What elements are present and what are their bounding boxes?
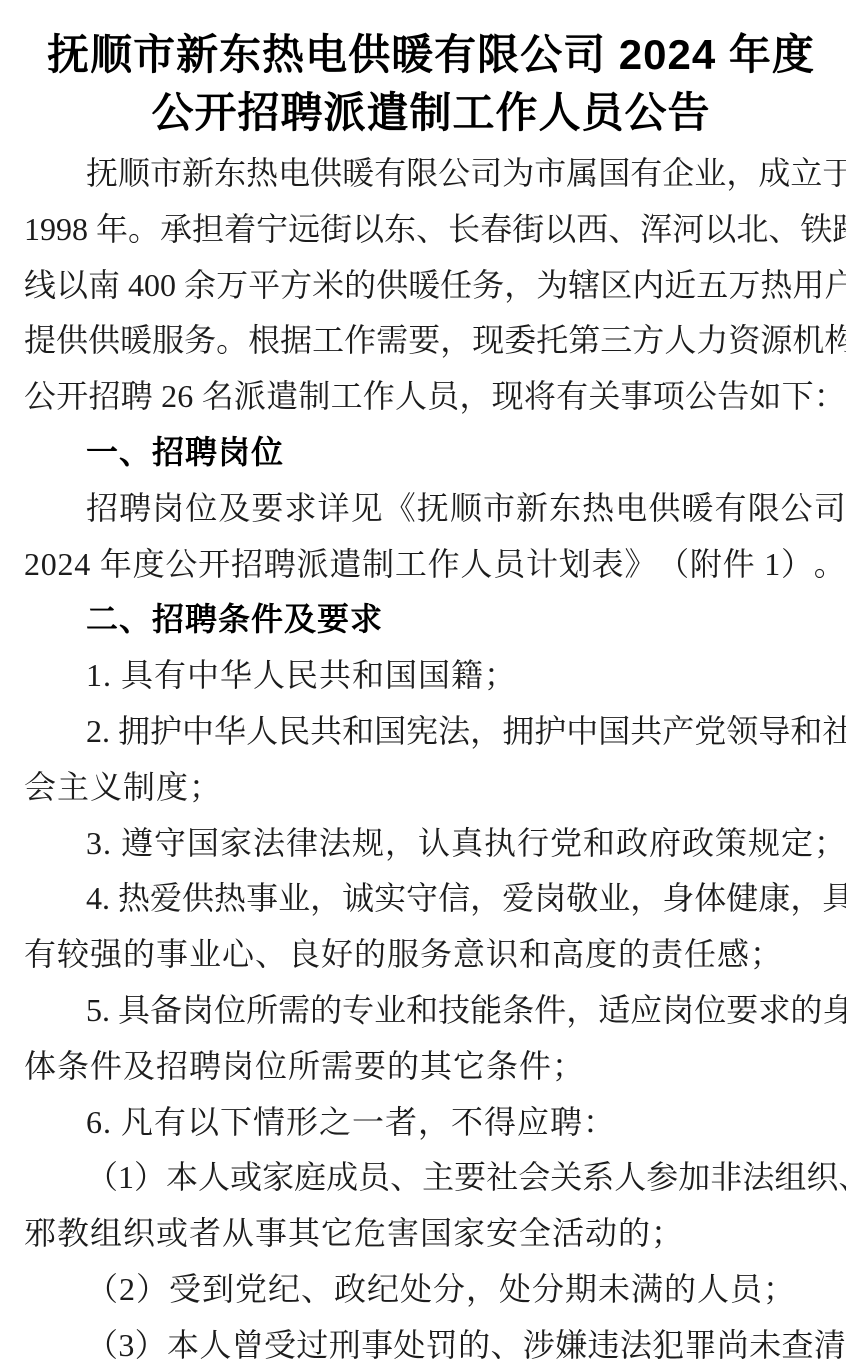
text-line: 5. 具备岗位所需的专业和技能条件，适应岗位要求的身 [24, 983, 846, 1039]
paragraph: 抚顺市新东热电供暖有限公司为市属国有企业，成立于1998 年。承担着宁远街以东、… [24, 146, 846, 425]
text-line: 2. 拥护中华人民共和国宪法，拥护中国共产党领导和社 [24, 704, 846, 760]
text-line: （3）本人曾受过刑事处罚的、涉嫌违法犯罪尚未查清 [24, 1318, 846, 1372]
document-title-line-1: 抚顺市新东热电供暖有限公司 2024 年度 [0, 26, 862, 84]
paragraph: （3）本人曾受过刑事处罚的、涉嫌违法犯罪尚未查清 [24, 1318, 846, 1372]
section-heading: 二、招聘条件及要求 [24, 592, 846, 648]
text-line: 招聘岗位及要求详见《抚顺市新东热电供暖有限公司 [24, 481, 846, 537]
text-line: （2）受到党纪、政纪处分，处分期未满的人员； [24, 1262, 846, 1318]
text-line: 1. 具有中华人民共和国国籍； [24, 648, 846, 704]
section-heading: 一、招聘岗位 [24, 425, 846, 481]
text-line: 一、招聘岗位 [24, 425, 846, 481]
text-line: 邪教组织或者从事其它危害国家安全活动的； [24, 1206, 846, 1262]
text-line: （1）本人或家庭成员、主要社会关系人参加非法组织、 [24, 1150, 846, 1206]
paragraph: 2. 拥护中华人民共和国宪法，拥护中国共产党领导和社会主义制度； [24, 704, 846, 816]
text-line: 公开招聘 26 名派遣制工作人员，现将有关事项公告如下： [24, 369, 846, 425]
paragraph: （2）受到党纪、政纪处分，处分期未满的人员； [24, 1262, 846, 1318]
paragraph: 5. 具备岗位所需的专业和技能条件，适应岗位要求的身体条件及招聘岗位所需要的其它… [24, 983, 846, 1095]
text-line: 会主义制度； [24, 760, 846, 816]
text-line: 3. 遵守国家法律法规，认真执行党和政府政策规定； [24, 816, 846, 872]
text-line: 4. 热爱供热事业，诚实守信，爱岗敬业，身体健康，具 [24, 871, 846, 927]
text-line: 抚顺市新东热电供暖有限公司为市属国有企业，成立于 [24, 146, 846, 202]
document-body: 抚顺市新东热电供暖有限公司为市属国有企业，成立于1998 年。承担着宁远街以东、… [24, 146, 846, 1372]
document-page: 抚顺市新东热电供暖有限公司 2024 年度 公开招聘派遣制工作人员公告 抚顺市新… [0, 0, 862, 1372]
text-line: 提供供暖服务。根据工作需要，现委托第三方人力资源机构 [24, 313, 846, 369]
text-line: 有较强的事业心、良好的服务意识和高度的责任感； [24, 927, 846, 983]
text-line: 线以南 400 余万平方米的供暖任务，为辖区内近五万热用户 [24, 258, 846, 314]
paragraph: （1）本人或家庭成员、主要社会关系人参加非法组织、邪教组织或者从事其它危害国家安… [24, 1150, 846, 1262]
document-title-line-2: 公开招聘派遣制工作人员公告 [0, 84, 862, 142]
document-title: 抚顺市新东热电供暖有限公司 2024 年度 公开招聘派遣制工作人员公告 [0, 26, 862, 142]
text-line: 6. 凡有以下情形之一者，不得应聘： [24, 1095, 846, 1151]
text-line: 2024 年度公开招聘派遣制工作人员计划表》（附件 1）。 [24, 537, 846, 593]
text-line: 二、招聘条件及要求 [24, 592, 846, 648]
paragraph: 4. 热爱供热事业，诚实守信，爱岗敬业，身体健康，具有较强的事业心、良好的服务意… [24, 871, 846, 983]
paragraph: 6. 凡有以下情形之一者，不得应聘： [24, 1095, 846, 1151]
paragraph: 招聘岗位及要求详见《抚顺市新东热电供暖有限公司2024 年度公开招聘派遣制工作人… [24, 481, 846, 593]
text-line: 体条件及招聘岗位所需要的其它条件； [24, 1039, 846, 1095]
text-line: 1998 年。承担着宁远街以东、长春街以西、浑河以北、铁路 [24, 202, 846, 258]
paragraph: 3. 遵守国家法律法规，认真执行党和政府政策规定； [24, 816, 846, 872]
paragraph: 1. 具有中华人民共和国国籍； [24, 648, 846, 704]
